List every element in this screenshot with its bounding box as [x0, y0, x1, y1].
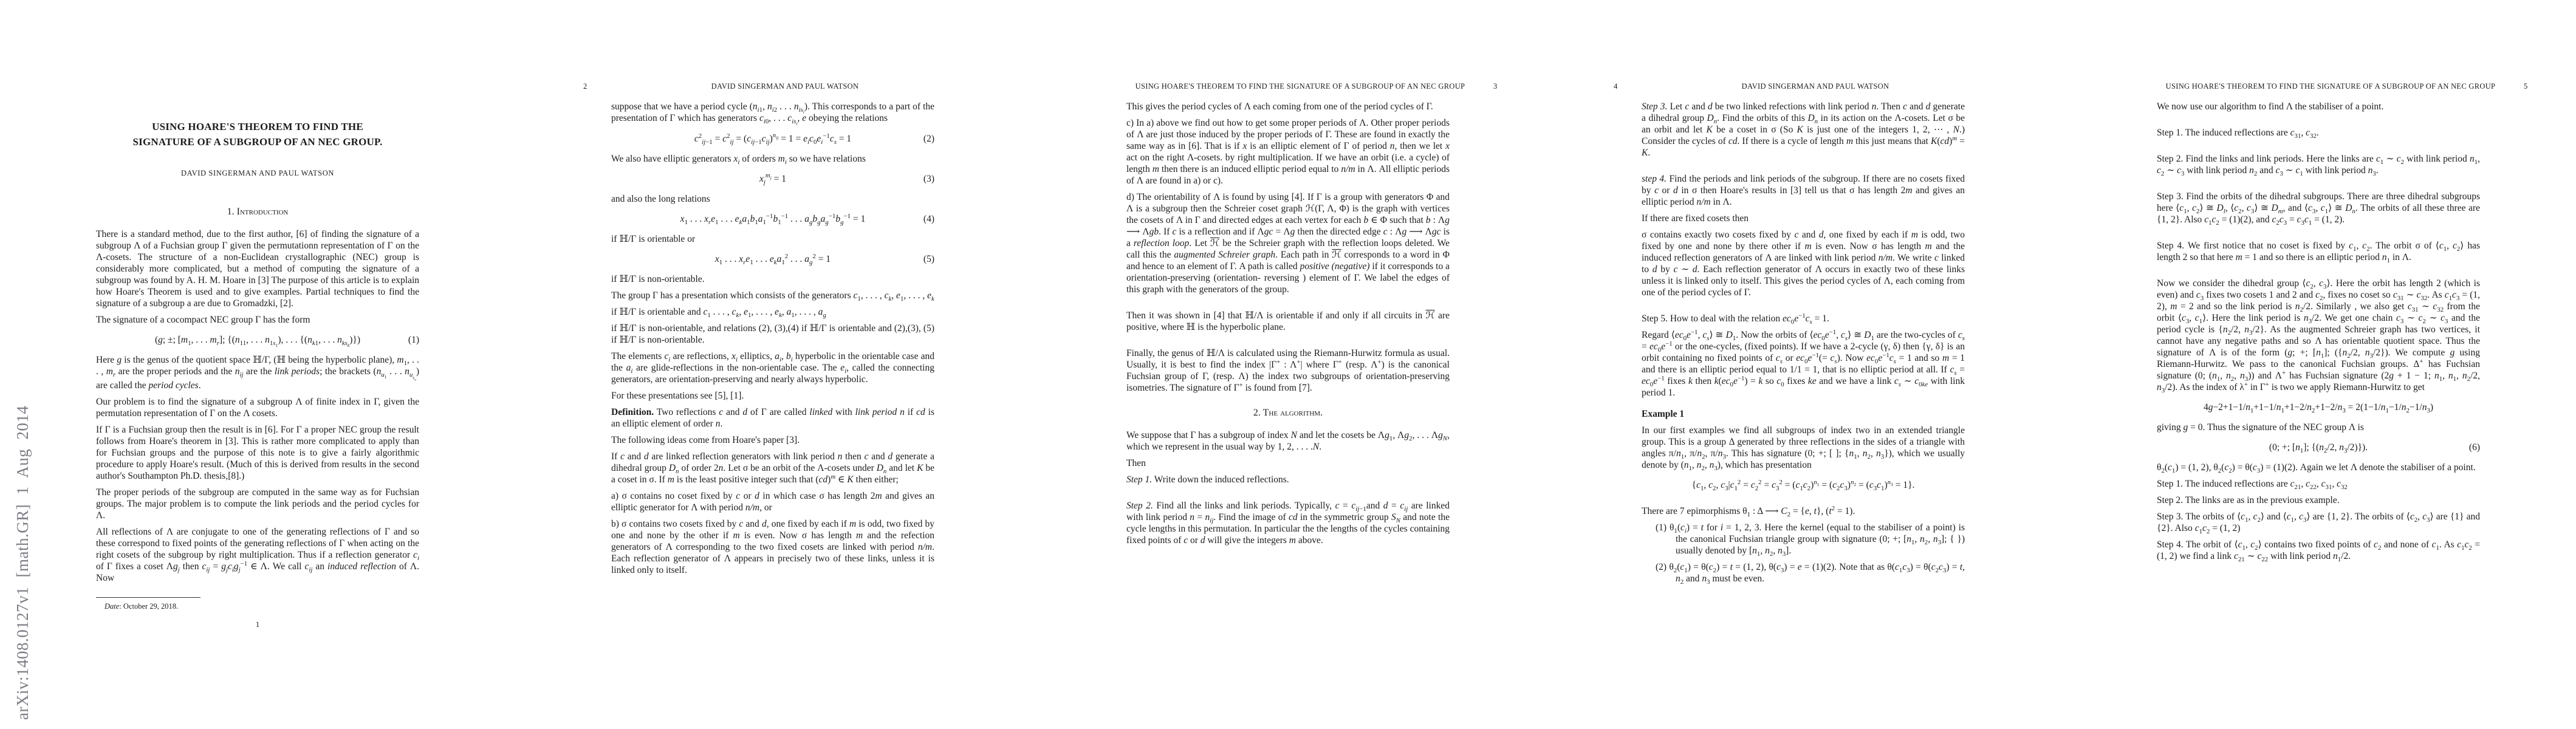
list-item: (2) θ2(c1) = θ(c2) = t = (1, 2), θ(c3) =… [1642, 561, 1965, 584]
equation-body: xjmj = 1 [638, 173, 908, 185]
running-header: USING HOARE'S THEOREM TO FIND THE SIGNAT… [2129, 81, 2532, 92]
paragraph: Step 3. The orbits of ⟨c1, c2⟩ and ⟨c1, … [2157, 511, 2480, 534]
paragraph: The group Γ has a presentation which con… [611, 290, 934, 301]
authors-line: DAVID SINGERMAN AND PAUL WATSON [96, 168, 419, 179]
page-body: USING HOARE'S THEOREM TO FIND THESIGNATU… [96, 0, 419, 630]
equation-number: (4) [908, 213, 934, 225]
page-body: suppose that we have a period cycle (ni1… [611, 101, 934, 576]
paragraph: Step 2. The links are as in the previous… [2157, 495, 2480, 506]
paragraph: Step 4. We first notice that no coset is… [2157, 240, 2480, 263]
page-number: 5 [2524, 81, 2532, 92]
paragraph: If c and d are linked reflection generat… [611, 451, 934, 485]
equation-number: (6) [2453, 442, 2480, 453]
page-4: 4 DAVID SINGERMAN AND PAUL WATSON Step 3… [1546, 0, 2061, 729]
running-header: 4 DAVID SINGERMAN AND PAUL WATSON [1614, 81, 2017, 92]
paragraph: Then it was shown in [4] that ℍ/Λ is ori… [1126, 310, 1450, 333]
equation-number: (1) [392, 334, 419, 346]
paragraph: giving g = 0. Thus the signature of the … [2157, 422, 2480, 433]
page-number: 4 [1614, 81, 1622, 92]
equation-body: (g; ±; [m1, . . . mr]; {(n11, . . . n1s1… [123, 334, 392, 346]
equation-body: {c1, c2, c3|c12 = c22 = c32 = (c1c2)n1 =… [1668, 479, 1938, 491]
paragraph: All reflections of Λ are conjugate to on… [96, 526, 419, 584]
paragraph: We now use our algorithm to find Λ the s… [2157, 101, 2480, 112]
paragraph: suppose that we have a period cycle (ni1… [611, 101, 934, 125]
paragraph: if ℍ/Γ is orientable or [611, 233, 934, 245]
paragraph: Our problem is to find the signature of … [96, 396, 419, 419]
paragraph: if ℍ/Γ is non-orientable, and relations … [611, 323, 934, 346]
paragraph: a) σ contains no coset fixed by c or d i… [611, 490, 934, 513]
equation-number: (3) [908, 173, 934, 185]
page-5: USING HOARE'S THEOREM TO FIND THE SIGNAT… [2061, 0, 2576, 729]
paragraph: This gives the period cycles of Λ each c… [1126, 101, 1450, 112]
running-title: DAVID SINGERMAN AND PAUL WATSON [592, 81, 978, 92]
running-title: USING HOARE'S THEOREM TO FIND THE SIGNAT… [2137, 81, 2524, 92]
paragraph: The following ideas come from Hoare's pa… [611, 434, 934, 446]
running-header: 2 DAVID SINGERMAN AND PAUL WATSON [583, 81, 987, 92]
list-item: (1) θ1(ci) = t for i = 1, 2, 3. Here the… [1642, 522, 1965, 556]
running-header: USING HOARE'S THEOREM TO FIND THE SIGNAT… [1098, 81, 1502, 92]
running-title: USING HOARE'S THEOREM TO FIND THE SIGNAT… [1107, 81, 1493, 92]
running-title: DAVID SINGERMAN AND PAUL WATSON [1622, 81, 2009, 92]
paragraph: c) In a) above we find out how to get so… [1126, 117, 1450, 187]
paragraph: b) σ contains two cosets fixed by c and … [611, 518, 934, 576]
paragraph: and also the long relations [611, 193, 934, 205]
arxiv-watermark: arXiv:1408.0127v1 [math.GR] 1 Aug 2014 [17, 406, 29, 720]
equation: 4g−2+1−1/n1+1−1/n1+1−2/n2+1−2/n3 = 2(1−1… [2157, 402, 2480, 413]
footnote-date: Date: October 29, 2018. [96, 597, 419, 612]
paragraph: The signature of a cocompact NEC group Γ… [96, 314, 419, 326]
paragraph: There is a standard method, due to the f… [96, 228, 419, 309]
page-number-footer: 1 [96, 618, 419, 630]
paragraph: Step 1. The induced reflections are c21,… [2157, 478, 2480, 490]
paragraph: The proper periods of the subgroup are c… [96, 487, 419, 521]
paragraph: Step 3. Find the orbits of the dihedral … [2157, 191, 2480, 225]
equation-number: (5) [908, 253, 934, 265]
equation: (g; ±; [m1, . . . mr]; {(n11, . . . n1s1… [96, 334, 419, 346]
paragraph: Here g is the genus of the quotient spac… [96, 354, 419, 391]
paragraph: If there are fixed cosets then [1642, 213, 1965, 224]
equation-body: (0; +; [n1]; {(n2/2, n3/2)}). [2184, 442, 2453, 453]
equation: {c1, c2, c3|c12 = c22 = c32 = (c1c2)n1 =… [1642, 479, 1965, 491]
paragraph: d) The orientability of Λ is found by us… [1126, 191, 1450, 295]
paragraph: Now we consider the dihedral group ⟨c2, … [2157, 278, 2480, 393]
paragraph: σ contains exactly two cosets fixed by c… [1642, 229, 1965, 298]
paragraph: Step 2. Find the links and link periods.… [2157, 153, 2480, 176]
paragraph: Then [1126, 457, 1450, 469]
equation: xjmj = 1(3) [611, 173, 934, 185]
section-heading: 2. The algorithm. [1126, 407, 1450, 419]
equation-body: x1 . . . xre1 . . . eka12 . . . ag2 = 1 [638, 253, 908, 265]
paper-title: USING HOARE'S THEOREM TO FIND THESIGNATU… [96, 119, 419, 149]
document-canvas: { "watermark": "arXiv:1408.0127v1 [math.… [0, 0, 2576, 729]
paragraph: Step 1. Write down the induced reflectio… [1126, 474, 1450, 485]
paragraph: We suppose that Γ has a subgroup of inde… [1126, 430, 1450, 453]
equation-number: (2) [908, 133, 934, 145]
equation-body: x1 . . . xre1 . . . eka1b1a1−1b1−1 . . .… [638, 213, 908, 225]
page-2: 2 DAVID SINGERMAN AND PAUL WATSON suppos… [515, 0, 1030, 729]
paragraph: Regard ⟨ec0e−1, cs⟩ ≅ D1. Now the orbits… [1642, 329, 1965, 399]
section-heading: 1. Introduction [96, 206, 419, 217]
paragraph: In our first examples we find all subgro… [1642, 425, 1965, 471]
paragraph: θ2(c1) = (1, 2), θ2(c2) = θ(c3) = (1)(2)… [2157, 462, 2480, 473]
page-body: We now use our algorithm to find Λ the s… [2157, 101, 2480, 562]
page-number: 3 [1493, 81, 1502, 92]
paragraph: Finally, the genus of ℍ/Λ is calculated … [1126, 347, 1450, 394]
paragraph: Step 1. The induced reflections are c31,… [2157, 127, 2480, 139]
paragraph: If Γ is a Fuchsian group then the result… [96, 424, 419, 482]
page-body: Step 3. Let c and d be two linked refect… [1642, 101, 1965, 584]
paragraph: if ℍ/Γ is orientable and c1 . . . , ck, … [611, 306, 934, 318]
paragraph: Step 4. The orbit of ⟨c1, c2⟩ contains t… [2157, 539, 2480, 562]
page-number: 2 [583, 81, 592, 92]
equation: c2ij−1 = c2ij = (cij−1cij)nij = 1 = eic0… [611, 133, 934, 145]
equation: x1 . . . xre1 . . . eka12 . . . ag2 = 1(… [611, 253, 934, 265]
page-body: This gives the period cycles of Λ each c… [1126, 101, 1450, 546]
paragraph: if ℍ/Γ is non-orientable. [611, 273, 934, 285]
equation-body: 4g−2+1−1/n1+1−1/n1+1−2/n2+1−2/n3 = 2(1−1… [2184, 402, 2453, 413]
paragraph: Step 5. How to deal with the relation ec… [1642, 313, 1965, 324]
paragraph: There are 7 epimorphisms θ1 : Δ ⟶ C2 = {… [1642, 505, 1965, 517]
paragraph: step 4. Find the periods and link period… [1642, 173, 1965, 208]
equation-body: c2ij−1 = c2ij = (cij−1cij)nij = 1 = eic0… [638, 133, 908, 145]
page-1: arXiv:1408.0127v1 [math.GR] 1 Aug 2014 U… [0, 0, 515, 729]
paragraph: Definition. Two reflections c and d of Γ… [611, 406, 934, 430]
equation: x1 . . . xre1 . . . eka1b1a1−1b1−1 . . .… [611, 213, 934, 225]
equation: (0; +; [n1]; {(n2/2, n3/2)}).(6) [2157, 442, 2480, 453]
paragraph: Step 2. Find all the links and link peri… [1126, 500, 1450, 546]
page-3: USING HOARE'S THEOREM TO FIND THE SIGNAT… [1030, 0, 1546, 729]
example-heading: Example 1 [1642, 408, 1965, 420]
paragraph: Step 3. Let c and d be two linked refect… [1642, 101, 1965, 159]
paragraph: We also have elliptic generators xi of o… [611, 153, 934, 165]
paragraph: For these presentations see [5], [1]. [611, 390, 934, 402]
paragraph: The elements ci are reflections, xi elli… [611, 351, 934, 385]
